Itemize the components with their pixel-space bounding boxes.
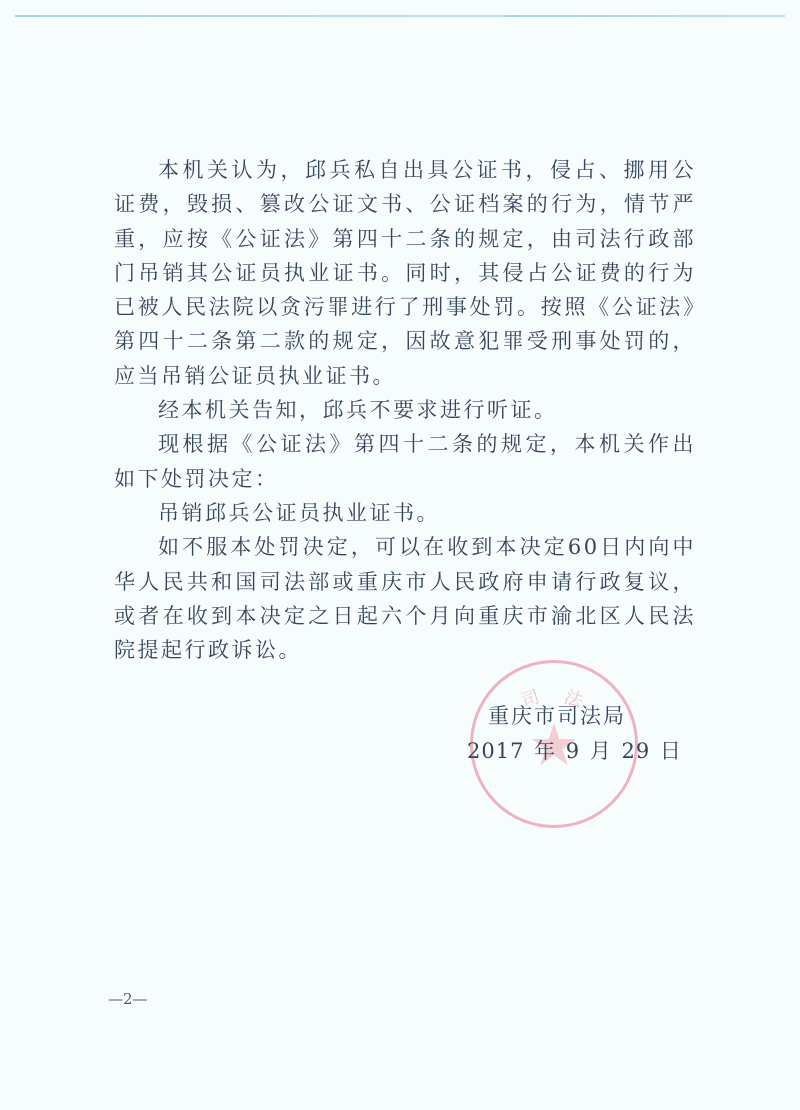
paragraph-legal-basis: 现根据《公证法》第四十二条的规定，本机关作出如下处罚决定： [114,427,696,496]
top-rule-divider [15,15,510,17]
document-body: 本机关认为，邱兵私自出具公证书，侵占、挪用公证费，毁损、篡改公证文书、公证档案的… [114,153,696,667]
document-page: 本机关认为，邱兵私自出具公证书，侵占、挪用公证费，毁损、篡改公证文书、公证档案的… [0,0,800,1110]
paragraph-findings: 本机关认为，邱兵私自出具公证书，侵占、挪用公证费，毁损、篡改公证文书、公证档案的… [114,153,696,393]
issuing-authority: 重庆市司法局 [488,700,626,730]
top-rule-divider-right [505,15,785,17]
issue-date: 2017 年 9 月 29 日 [467,735,682,765]
page-number: —2— [108,990,148,1008]
paragraph-appeal-rights: 如不服本处罚决定，可以在收到本决定60日内向中华人民共和国司法部或重庆市人民政府… [114,530,696,667]
paragraph-decision: 吊销邱兵公证员执业证书。 [114,496,696,530]
paragraph-hearing-notice: 经本机关告知，邱兵不要求进行听证。 [114,393,696,427]
